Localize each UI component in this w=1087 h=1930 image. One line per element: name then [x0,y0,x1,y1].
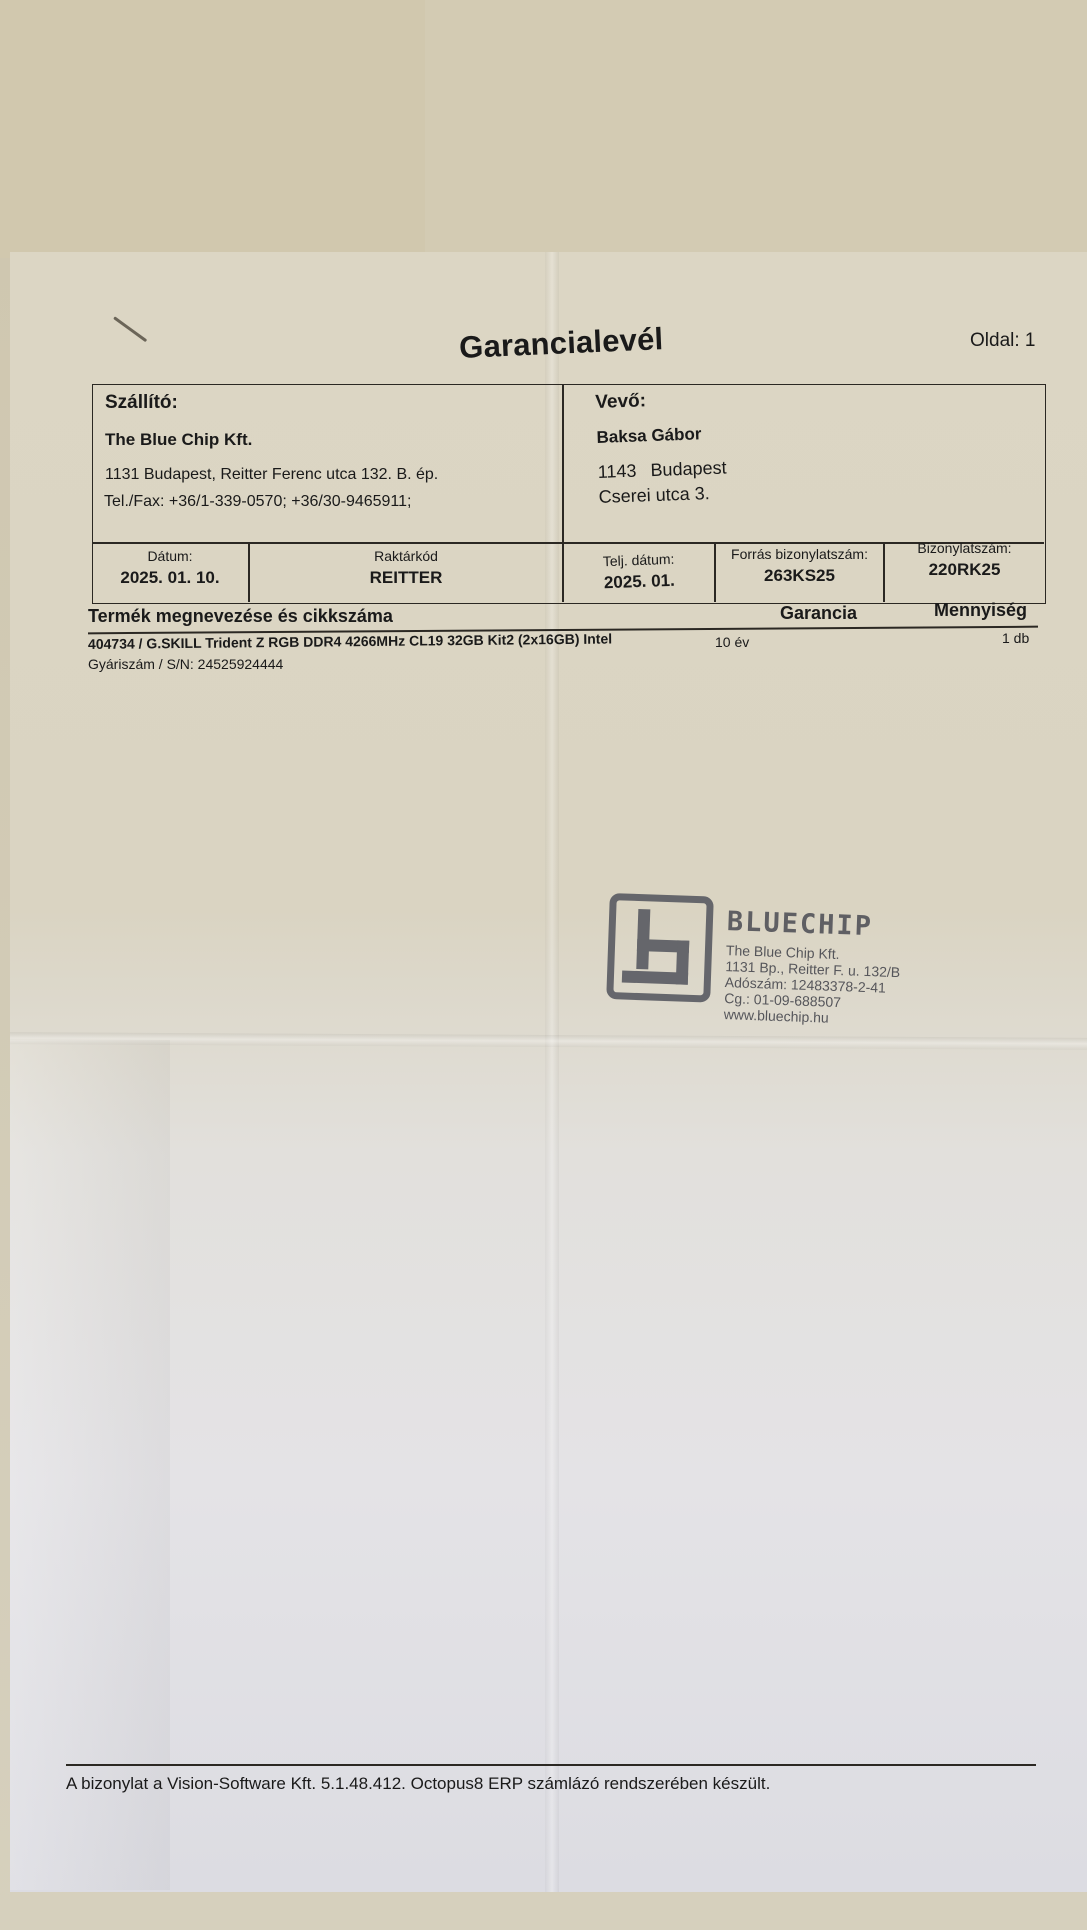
source-document-value: 263KS25 [716,566,883,586]
buyer-city-line: 1143Budapest [597,457,726,482]
seller-name: The Blue Chip Kft. [105,430,252,450]
paper-shadow [10,1040,170,1890]
footer-rule [66,1764,1036,1766]
buyer-city: Budapest [650,457,727,480]
buyer-label: Vevő: [595,388,724,414]
product-column-header: Termék megnevezése és cikkszáma [88,606,393,627]
stamp-text: The Blue Chip Kft. 1131 Bp., Reitter F. … [723,942,901,1028]
serial-number: Gyáriszám / S/N: 24525924444 [88,656,283,672]
warehouse-value: REITTER [250,568,562,588]
seller-phone: Tel./Fax: +36/1-339-0570; +36/30-9465911… [104,493,411,511]
buyer-zip: 1143 [597,461,636,482]
stamp-brand: BLUECHIP [726,906,873,942]
date-value: 2025. 01. 10. [92,568,248,588]
source-document-label: Forrás bizonylatszám: [716,546,883,562]
warehouse-field: Raktárkód REITTER [250,548,562,588]
quantity-value: 1 db [1002,630,1029,646]
buyer-block: Vevő: Baksa Gábor 1143Budapest Cserei ut… [595,388,728,512]
fulfillment-date-field: Telj. dátum: 2025. 01. [563,549,714,594]
background-sheet-left [0,0,426,258]
document-number-field: Bizonylatszám: 220RK25 [885,540,1044,580]
buyer-name: Baksa Gábor [596,423,725,447]
warranty-value: 10 év [715,634,749,650]
warehouse-label: Raktárkód [250,548,562,564]
bluechip-logo-icon [606,893,714,1003]
background-sheet-right [425,0,1087,258]
date-label: Dátum: [92,548,248,564]
date-field: Dátum: 2025. 01. 10. [92,548,248,588]
source-document-field: Forrás bizonylatszám: 263KS25 [716,546,883,586]
quantity-column-header: Mennyiség [934,600,1027,621]
warranty-column-header: Garancia [780,603,857,624]
document-number-label: Bizonylatszám: [885,540,1044,556]
page-number: Oldal: 1 [970,330,1035,352]
seller-label: Szállító: [105,392,178,414]
company-stamp: BLUECHIP The Blue Chip Kft. 1131 Bp., Re… [605,890,1029,1035]
document-number-value: 220RK25 [885,560,1044,580]
footer-note: A bizonylat a Vision-Software Kft. 5.1.4… [66,1774,770,1794]
seller-address: 1131 Budapest, Reitter Ferenc utca 132. … [105,466,438,484]
buyer-street: Cserei utca 3. [598,482,727,507]
